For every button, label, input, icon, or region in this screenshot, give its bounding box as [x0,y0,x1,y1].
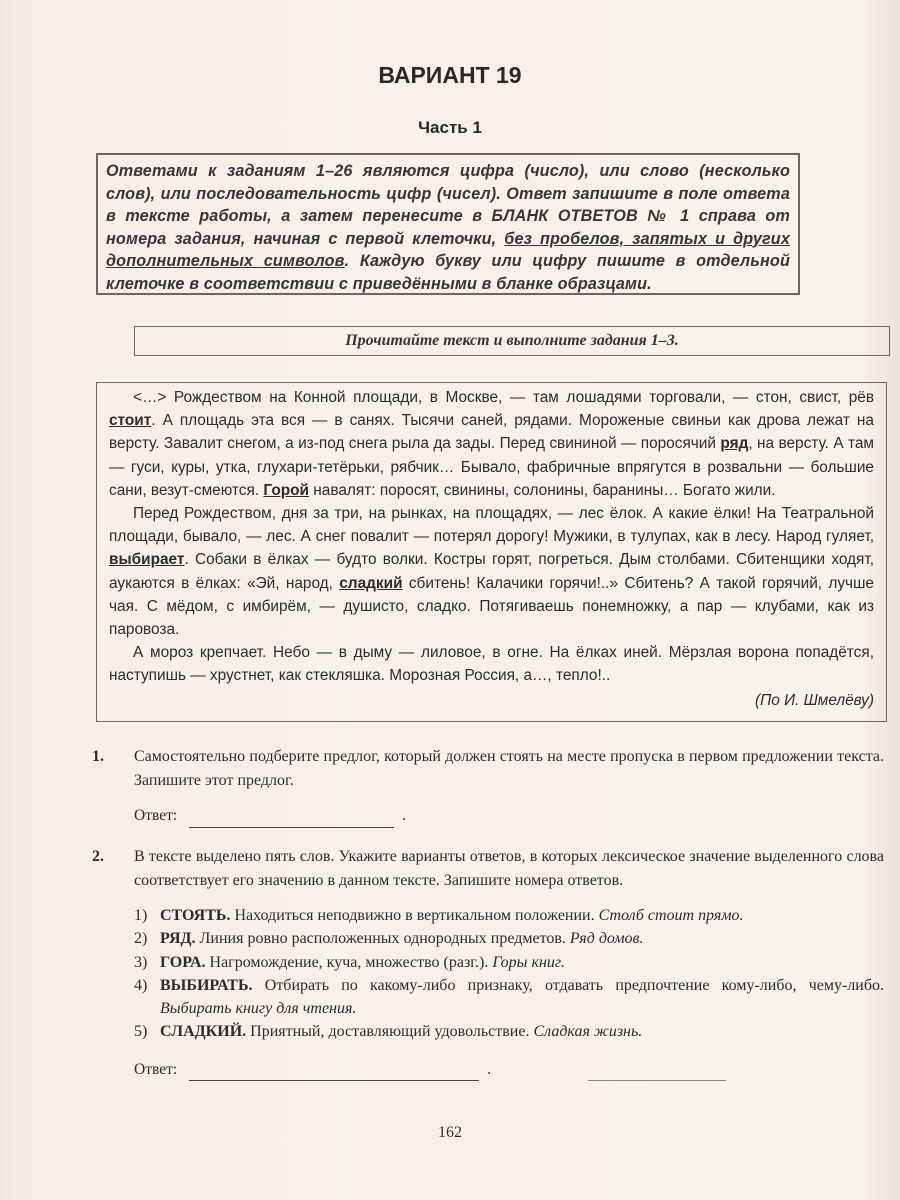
answer-row: Ответ: . [134,804,884,828]
passage-text: Перед Рождеством, дня за три, на рынках,… [109,505,874,545]
highlighted-word: выбирает [109,551,184,568]
option-definition: Отбирать по какому-либо признаку, отдава… [253,977,884,994]
exam-page: ВАРИАНТ 19 Часть 1 Ответами к заданиям 1… [0,0,900,1200]
option-definition: Находиться неподвижно в вертикальном пол… [230,907,598,924]
option-number: 4) [134,974,147,997]
page-number: 162 [0,1124,900,1142]
highlighted-word: сладкий [339,575,402,592]
answer-dot: . [402,804,406,828]
task-number: 2. [92,845,104,869]
read-prompt-box: Прочитайте текст и выполните задания 1–3… [134,326,890,356]
option-word: СТОЯТЬ. [160,907,230,924]
passage-paragraph-1: <…> Рождеством на Конной площади, в Моск… [109,386,874,502]
highlighted-word: стоит [109,412,151,429]
option-example: Выбирать книгу для чтения. [160,1000,356,1017]
option-definition: Линия ровно расположенных однородных пре… [196,930,570,947]
option-number: 5) [134,1020,147,1043]
option-number: 2) [134,927,147,950]
option-word: ВЫБИРАТЬ. [160,977,253,994]
passage-text: <…> Рождеством на Конной площади, в Моск… [133,389,874,406]
option-word: ГОРА. [160,954,206,971]
task-text: Самостоятельно подберите предлог, которы… [134,745,884,792]
task-number: 1. [92,745,104,769]
instructions-text: Ответами к заданиям 1–26 являются цифра … [106,160,790,295]
option-example: Столб стоит прямо. [599,907,744,924]
passage-box: <…> Рождеством на Конной площади, в Моск… [96,382,887,722]
task-text: В тексте выделено пять слов. Укажите вар… [134,845,884,892]
answer-option: 5)СЛАДКИЙ. Приятный, доставляющий удовол… [134,1020,884,1043]
option-number: 1) [134,904,147,927]
answer-label: Ответ: [134,804,177,828]
instructions-box: Ответами к заданиям 1–26 являются цифра … [96,153,800,295]
passage-paragraph-2: Перед Рождеством, дня за три, на рынках,… [109,502,874,641]
passage-paragraph-3: А мороз крепчает. Небо — в дыму — лилово… [109,641,874,687]
answer-option: 4)ВЫБИРАТЬ. Отбирать по какому-либо приз… [134,974,884,1021]
highlighted-word: ряд [720,435,748,452]
option-definition: Приятный, доставляющий удовольствие. [246,1023,533,1040]
answer-dot: . [487,1058,491,1082]
option-example: Горы книг. [492,954,565,971]
answer-options: 1)СТОЯТЬ. Находиться неподвижно в вертик… [134,904,884,1044]
highlighted-word: Горой [263,482,309,499]
answer-option: 1)СТОЯТЬ. Находиться неподвижно в вертик… [134,904,884,927]
passage-source: (По И. Шмелёву) [109,689,874,712]
option-definition: Нагромождение, куча, множество (разг.). [206,954,493,971]
answer-option: 2)РЯД. Линия ровно расположенных однород… [134,927,884,950]
answer-option: 3)ГОРА. Нагромождение, куча, множество (… [134,951,884,974]
option-example: Сладкая жизнь. [533,1023,642,1040]
passage-text: навалят: поросят, свинины, солонины, бар… [309,482,776,499]
decorative-line [588,1080,726,1081]
task-1: 1. Самостоятельно подберите предлог, кот… [92,745,892,828]
answer-field-task-2[interactable] [189,1064,479,1081]
answer-row: Ответ: . [134,1058,884,1082]
option-number: 3) [134,951,147,974]
variant-title: ВАРИАНТ 19 [0,62,900,89]
option-word: СЛАДКИЙ. [160,1023,246,1040]
part-title: Часть 1 [0,118,900,138]
answer-label: Ответ: [134,1058,177,1082]
option-word: РЯД. [160,930,196,947]
answer-field-task-1[interactable] [189,811,394,828]
option-example: Ряд домов. [570,930,644,947]
task-2: 2. В тексте выделено пять слов. Укажите … [92,845,892,1081]
